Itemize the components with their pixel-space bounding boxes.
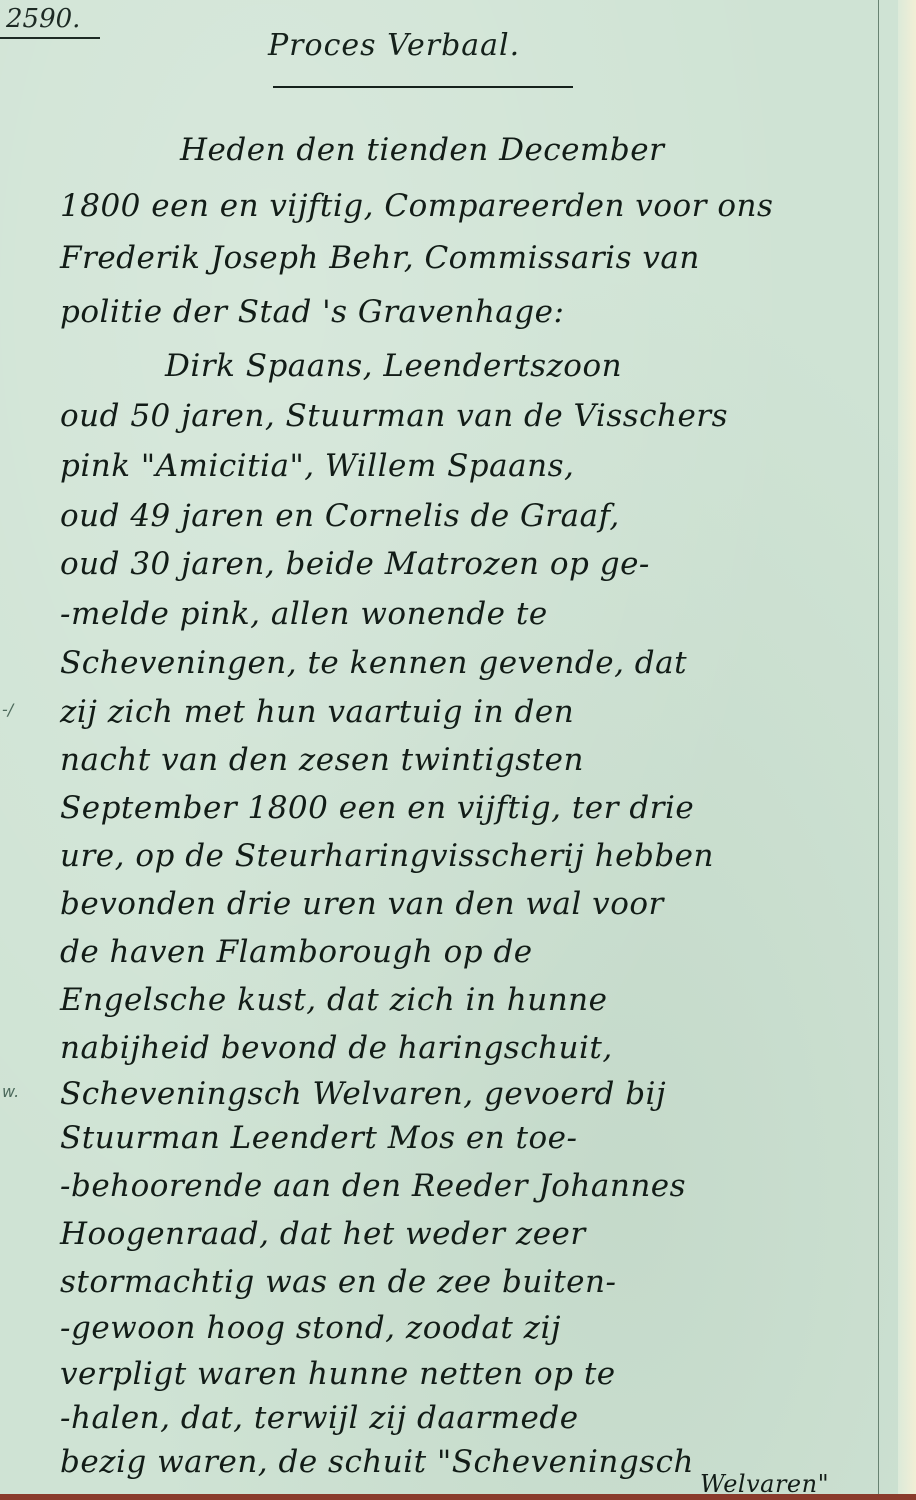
text-line: oud 50 jaren, Stuurman van de Visschers xyxy=(60,398,858,434)
text-line: Scheveningsch Welvaren, gevoerd bij xyxy=(60,1076,858,1112)
text-line: pink "Amicitia", Willem Spaans, xyxy=(60,448,858,484)
text-line: 1800 een en vijftig, Compareerden voor o… xyxy=(60,188,858,224)
text-line: Heden den tienden December xyxy=(180,132,858,168)
text-line: nacht van den zesen twintigsten xyxy=(60,742,858,778)
text-line: verpligt waren hunne netten op te xyxy=(60,1356,858,1392)
text-line: de haven Flamborough op de xyxy=(60,934,858,970)
text-line: stormachtig was en de zee buiten- xyxy=(60,1264,858,1300)
text-line: September 1800 een en vijftig, ter drie xyxy=(60,790,858,826)
binding-edge xyxy=(0,1494,916,1500)
text-line: Dirk Spaans, Leendertszoon xyxy=(165,348,858,384)
text-line: -melde pink, allen wonende te xyxy=(60,596,858,632)
text-line: -behoorende aan den Reeder Johannes xyxy=(60,1168,858,1204)
margin-rule xyxy=(878,0,879,1494)
text-line: bevonden drie uren van den wal voor xyxy=(60,886,858,922)
text-line: politie der Stad 's Gravenhage: xyxy=(60,294,858,330)
text-line: Engelsche kust, dat zich in hunne xyxy=(60,982,858,1018)
text-line: oud 30 jaren, beide Matrozen op ge- xyxy=(60,546,858,582)
text-line: -gewoon hoog stond, zoodat zij xyxy=(60,1310,858,1346)
text-line: Hoogenraad, dat het weder zeer xyxy=(60,1216,858,1252)
text-line: Scheveningen, te kennen gevende, dat xyxy=(60,645,858,681)
handwritten-body: Heden den tienden December 1800 een en v… xyxy=(0,0,898,1494)
text-line: Frederik Joseph Behr, Commissaris van xyxy=(60,240,858,276)
manuscript-page: 2590. Proces Verbaal. -/ w. Heden den ti… xyxy=(0,0,898,1494)
text-line: ure, op de Steurharingvisscherij hebben xyxy=(60,838,858,874)
text-line: nabijheid bevond de haringschuit, xyxy=(60,1030,858,1066)
text-line: -halen, dat, terwijl zij daarmede xyxy=(60,1400,858,1436)
page-edge xyxy=(898,0,916,1494)
text-line: zij zich met hun vaartuig in den xyxy=(60,694,858,730)
text-line: oud 49 jaren en Cornelis de Graaf, xyxy=(60,498,858,534)
text-line: Stuurman Leendert Mos en toe- xyxy=(60,1120,858,1156)
